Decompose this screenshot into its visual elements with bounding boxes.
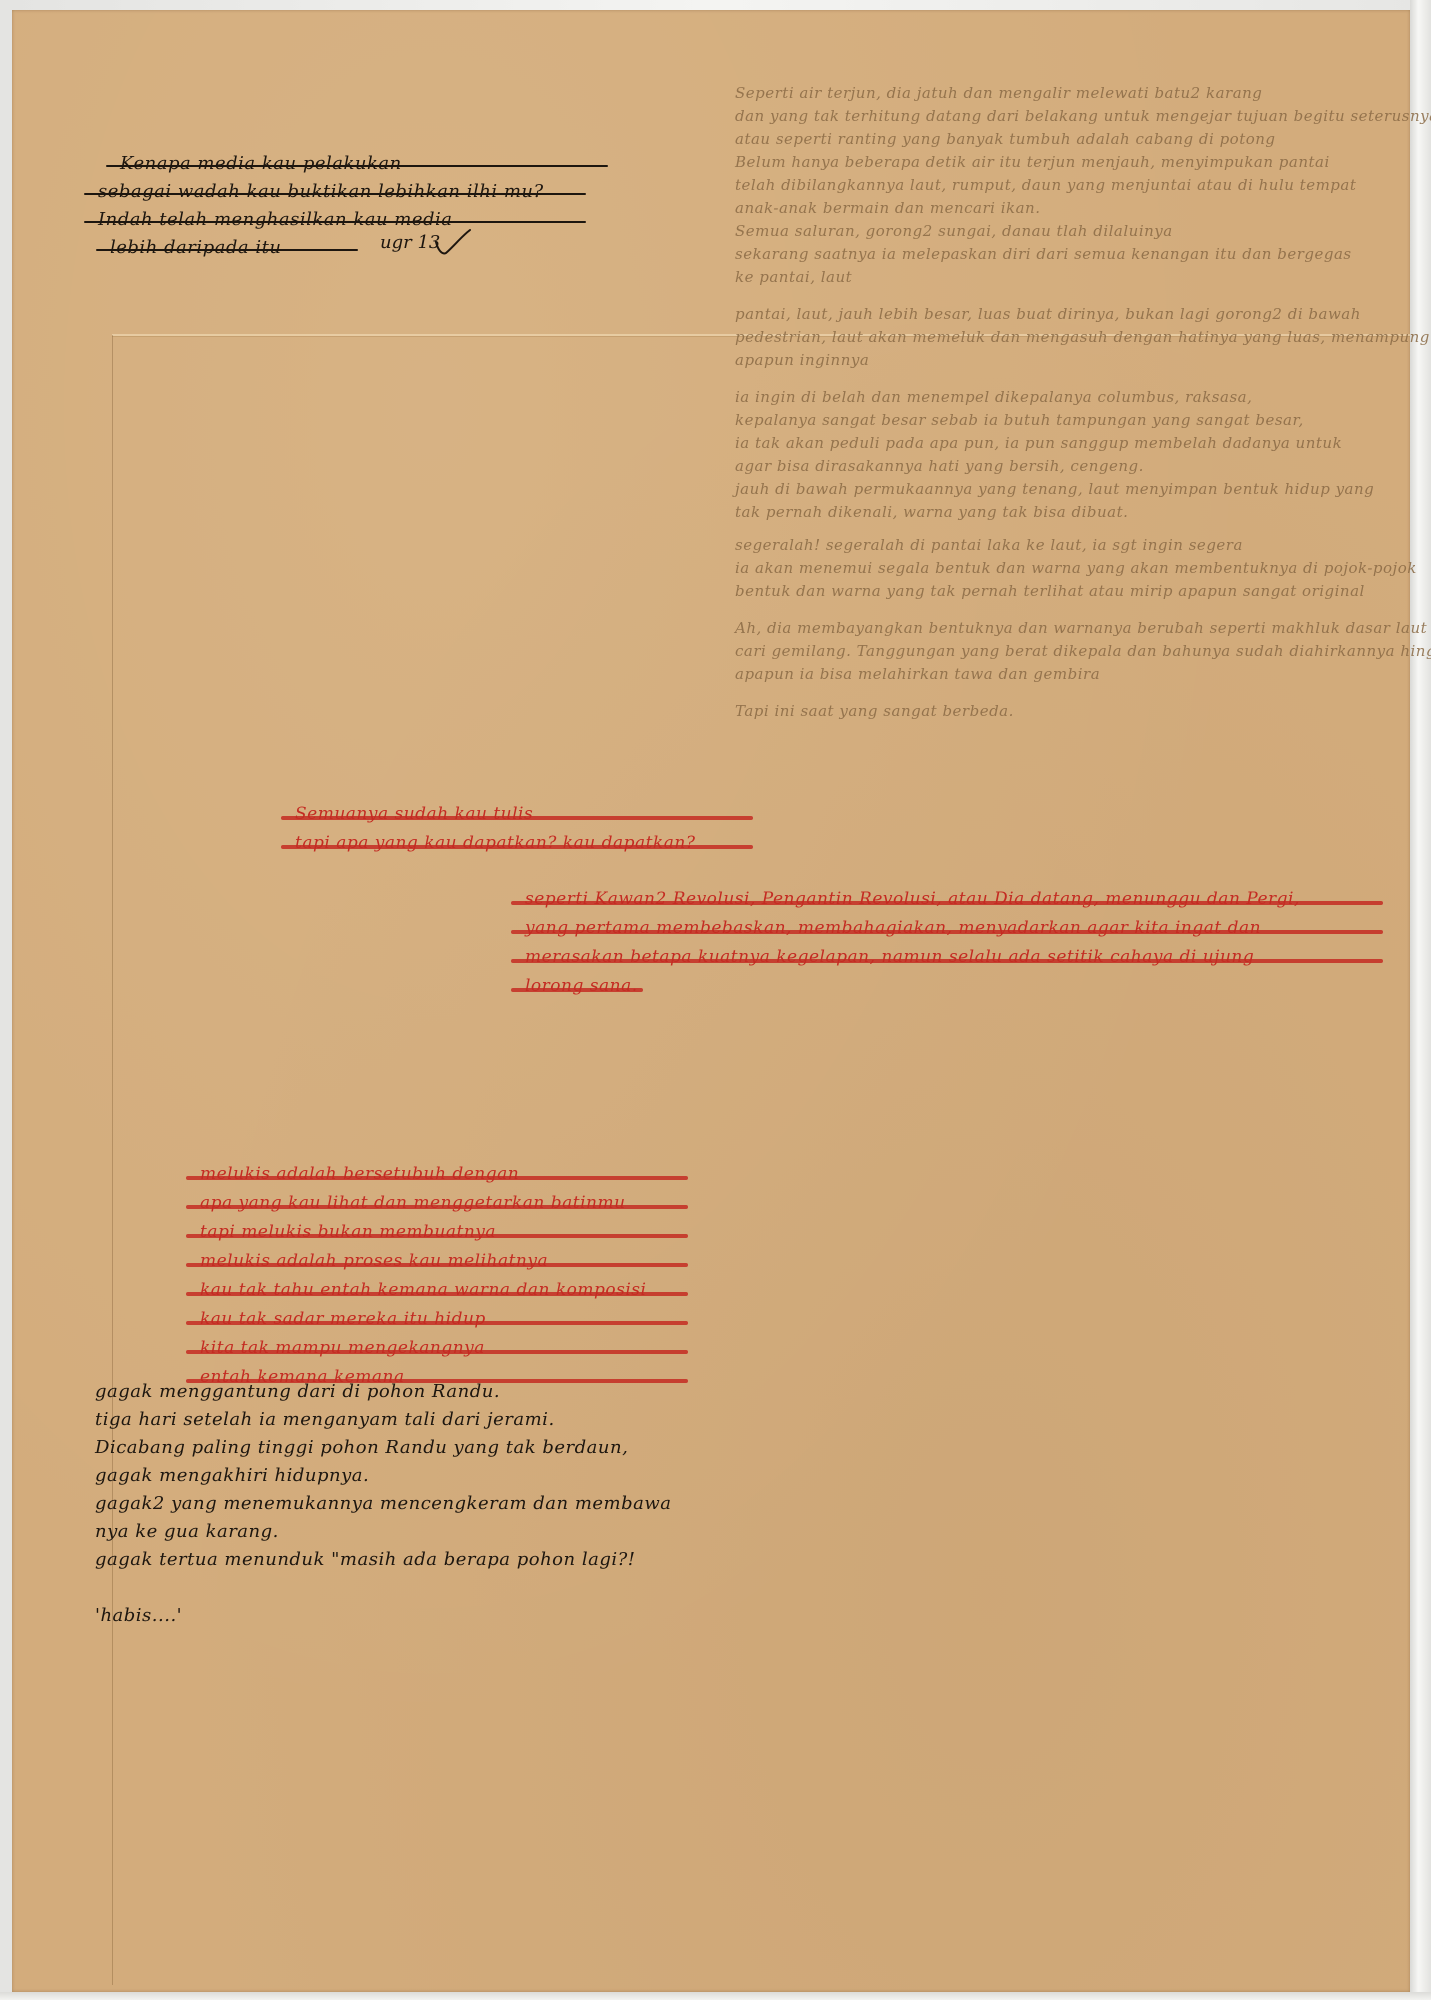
paper-fold-vertical <box>112 335 113 1985</box>
text-line: ia akan menemui segala bentuk dan warna … <box>735 557 1385 580</box>
crow-poem-block: gagak menggantung dari di pohon Randu. t… <box>95 1378 655 1630</box>
text-line: apapun ia bisa melahirkan tawa dan gembi… <box>735 663 1385 686</box>
text-line: segeralah! segeralah di pantai laka ke l… <box>735 534 1385 557</box>
text-line: kepalanya sangat besar sebab ia butuh ta… <box>735 409 1385 432</box>
text-line: Tapi ini saat yang sangat berbeda. <box>735 700 1385 723</box>
struck-line: tapi melukis bukan membuatnya <box>200 1218 670 1247</box>
text-line: apapun inginnya <box>735 349 1385 372</box>
pencil-text-block: Seperti air terjun, dia jatuh dan mengal… <box>735 82 1385 723</box>
red-struck-block-2: seperti Kawan2 Revolusi, Pengantin Revol… <box>525 885 1365 1001</box>
text-line: atau seperti ranting yang banyak tumbuh … <box>735 128 1385 151</box>
text-line: pantai, laut, jauh lebih besar, luas bua… <box>735 303 1385 326</box>
struck-line: seperti Kawan2 Revolusi, Pengantin Revol… <box>525 885 1365 914</box>
struck-line: melukis adalah proses kau melihatnya <box>200 1247 670 1276</box>
poem-line: gagak menggantung dari di pohon Randu. <box>95 1378 655 1406</box>
red-struck-block-3: melukis adalah bersetubuh dengan apa yan… <box>200 1160 670 1392</box>
text-line: tak pernah dikenali, warna yang tak bisa… <box>735 501 1385 524</box>
text-line: Belum hanya beberapa detik air itu terju… <box>735 151 1385 174</box>
struck-line: Semuanya sudah kau tulis <box>295 800 735 829</box>
poem-line <box>95 1574 655 1602</box>
text-line: Seperti air terjun, dia jatuh dan mengal… <box>735 82 1385 105</box>
text-line: telah dibilangkannya laut, rumput, daun … <box>735 174 1385 197</box>
poem-line: gagak2 yang menemukannya mencengkeram da… <box>95 1490 655 1518</box>
struck-line: melukis adalah bersetubuh dengan <box>200 1160 670 1189</box>
struck-line: kau tak tahu entah kemana warna dan komp… <box>200 1276 670 1305</box>
text-line: Semua saluran, gorong2 sungai, danau tla… <box>735 220 1385 243</box>
text-line: dan yang tak terhitung datang dari belak… <box>735 105 1385 128</box>
poem-line: tiga hari setelah ia menganyam tali dari… <box>95 1406 655 1434</box>
text-line: bentuk dan warna yang tak pernah terliha… <box>735 580 1385 603</box>
poem-line: gagak tertua menunduk "masih ada berapa … <box>95 1546 655 1574</box>
text-line: ia tak akan peduli pada apa pun, ia pun … <box>735 432 1385 455</box>
struck-line: Indah telah menghasilkan kau media <box>98 206 568 234</box>
poem-line: gagak mengakhiri hidupnya. <box>95 1462 655 1490</box>
text-line: jauh di bawah permukaannya yang tenang, … <box>735 478 1385 501</box>
text-line: cari gemilang. Tanggungan yang berat dik… <box>735 640 1385 663</box>
top-left-struck-block: Kenapa media kau pelakukan sebagai wadah… <box>98 150 568 262</box>
text-line: sekarang saatnya ia melepaskan diri dari… <box>735 243 1385 266</box>
struck-line: kita tak mampu mengekangnya <box>200 1334 670 1363</box>
frame-edge-bottom <box>0 1992 1431 2000</box>
text-line: agar bisa dirasakannya hati yang bersih,… <box>735 455 1385 478</box>
poem-line: Dicabang paling tinggi pohon Randu yang … <box>95 1434 655 1462</box>
poem-closing-line: 'habis....' <box>95 1602 655 1630</box>
text-line: ke pantai, laut <box>735 266 1385 289</box>
text-line: pedestrian, laut akan memeluk dan mengas… <box>735 326 1385 349</box>
struck-line: lebih daripada itu <box>110 234 340 262</box>
red-struck-block-1: Semuanya sudah kau tulis tapi apa yang k… <box>295 800 735 858</box>
text-line: anak-anak bermain dan mencari ikan. <box>735 197 1385 220</box>
struck-line: lorong sana. <box>525 972 625 1001</box>
struck-line: Kenapa media kau pelakukan <box>120 150 590 178</box>
text-line: Ah, dia membayangkan bentuknya dan warna… <box>735 617 1385 640</box>
text-line: ia ingin di belah dan menempel dikepalan… <box>735 386 1385 409</box>
struck-line: apa yang kau lihat dan menggetarkan bati… <box>200 1189 670 1218</box>
struck-line: yang pertama membebaskan, membahagiakan,… <box>525 914 1365 943</box>
poem-line: nya ke gua karang. <box>95 1518 655 1546</box>
frame-edge-right <box>1410 0 1431 2000</box>
struck-line: sebagai wadah kau buktikan lebihkan ilhi… <box>98 178 568 206</box>
checkmark-icon <box>432 228 472 258</box>
struck-line: merasakan betapa kuatnya kegelapan, namu… <box>525 943 1365 972</box>
struck-line: kau tak sadar mereka itu hidup <box>200 1305 670 1334</box>
struck-line: tapi apa yang kau dapatkan? kau dapatkan… <box>295 829 735 858</box>
